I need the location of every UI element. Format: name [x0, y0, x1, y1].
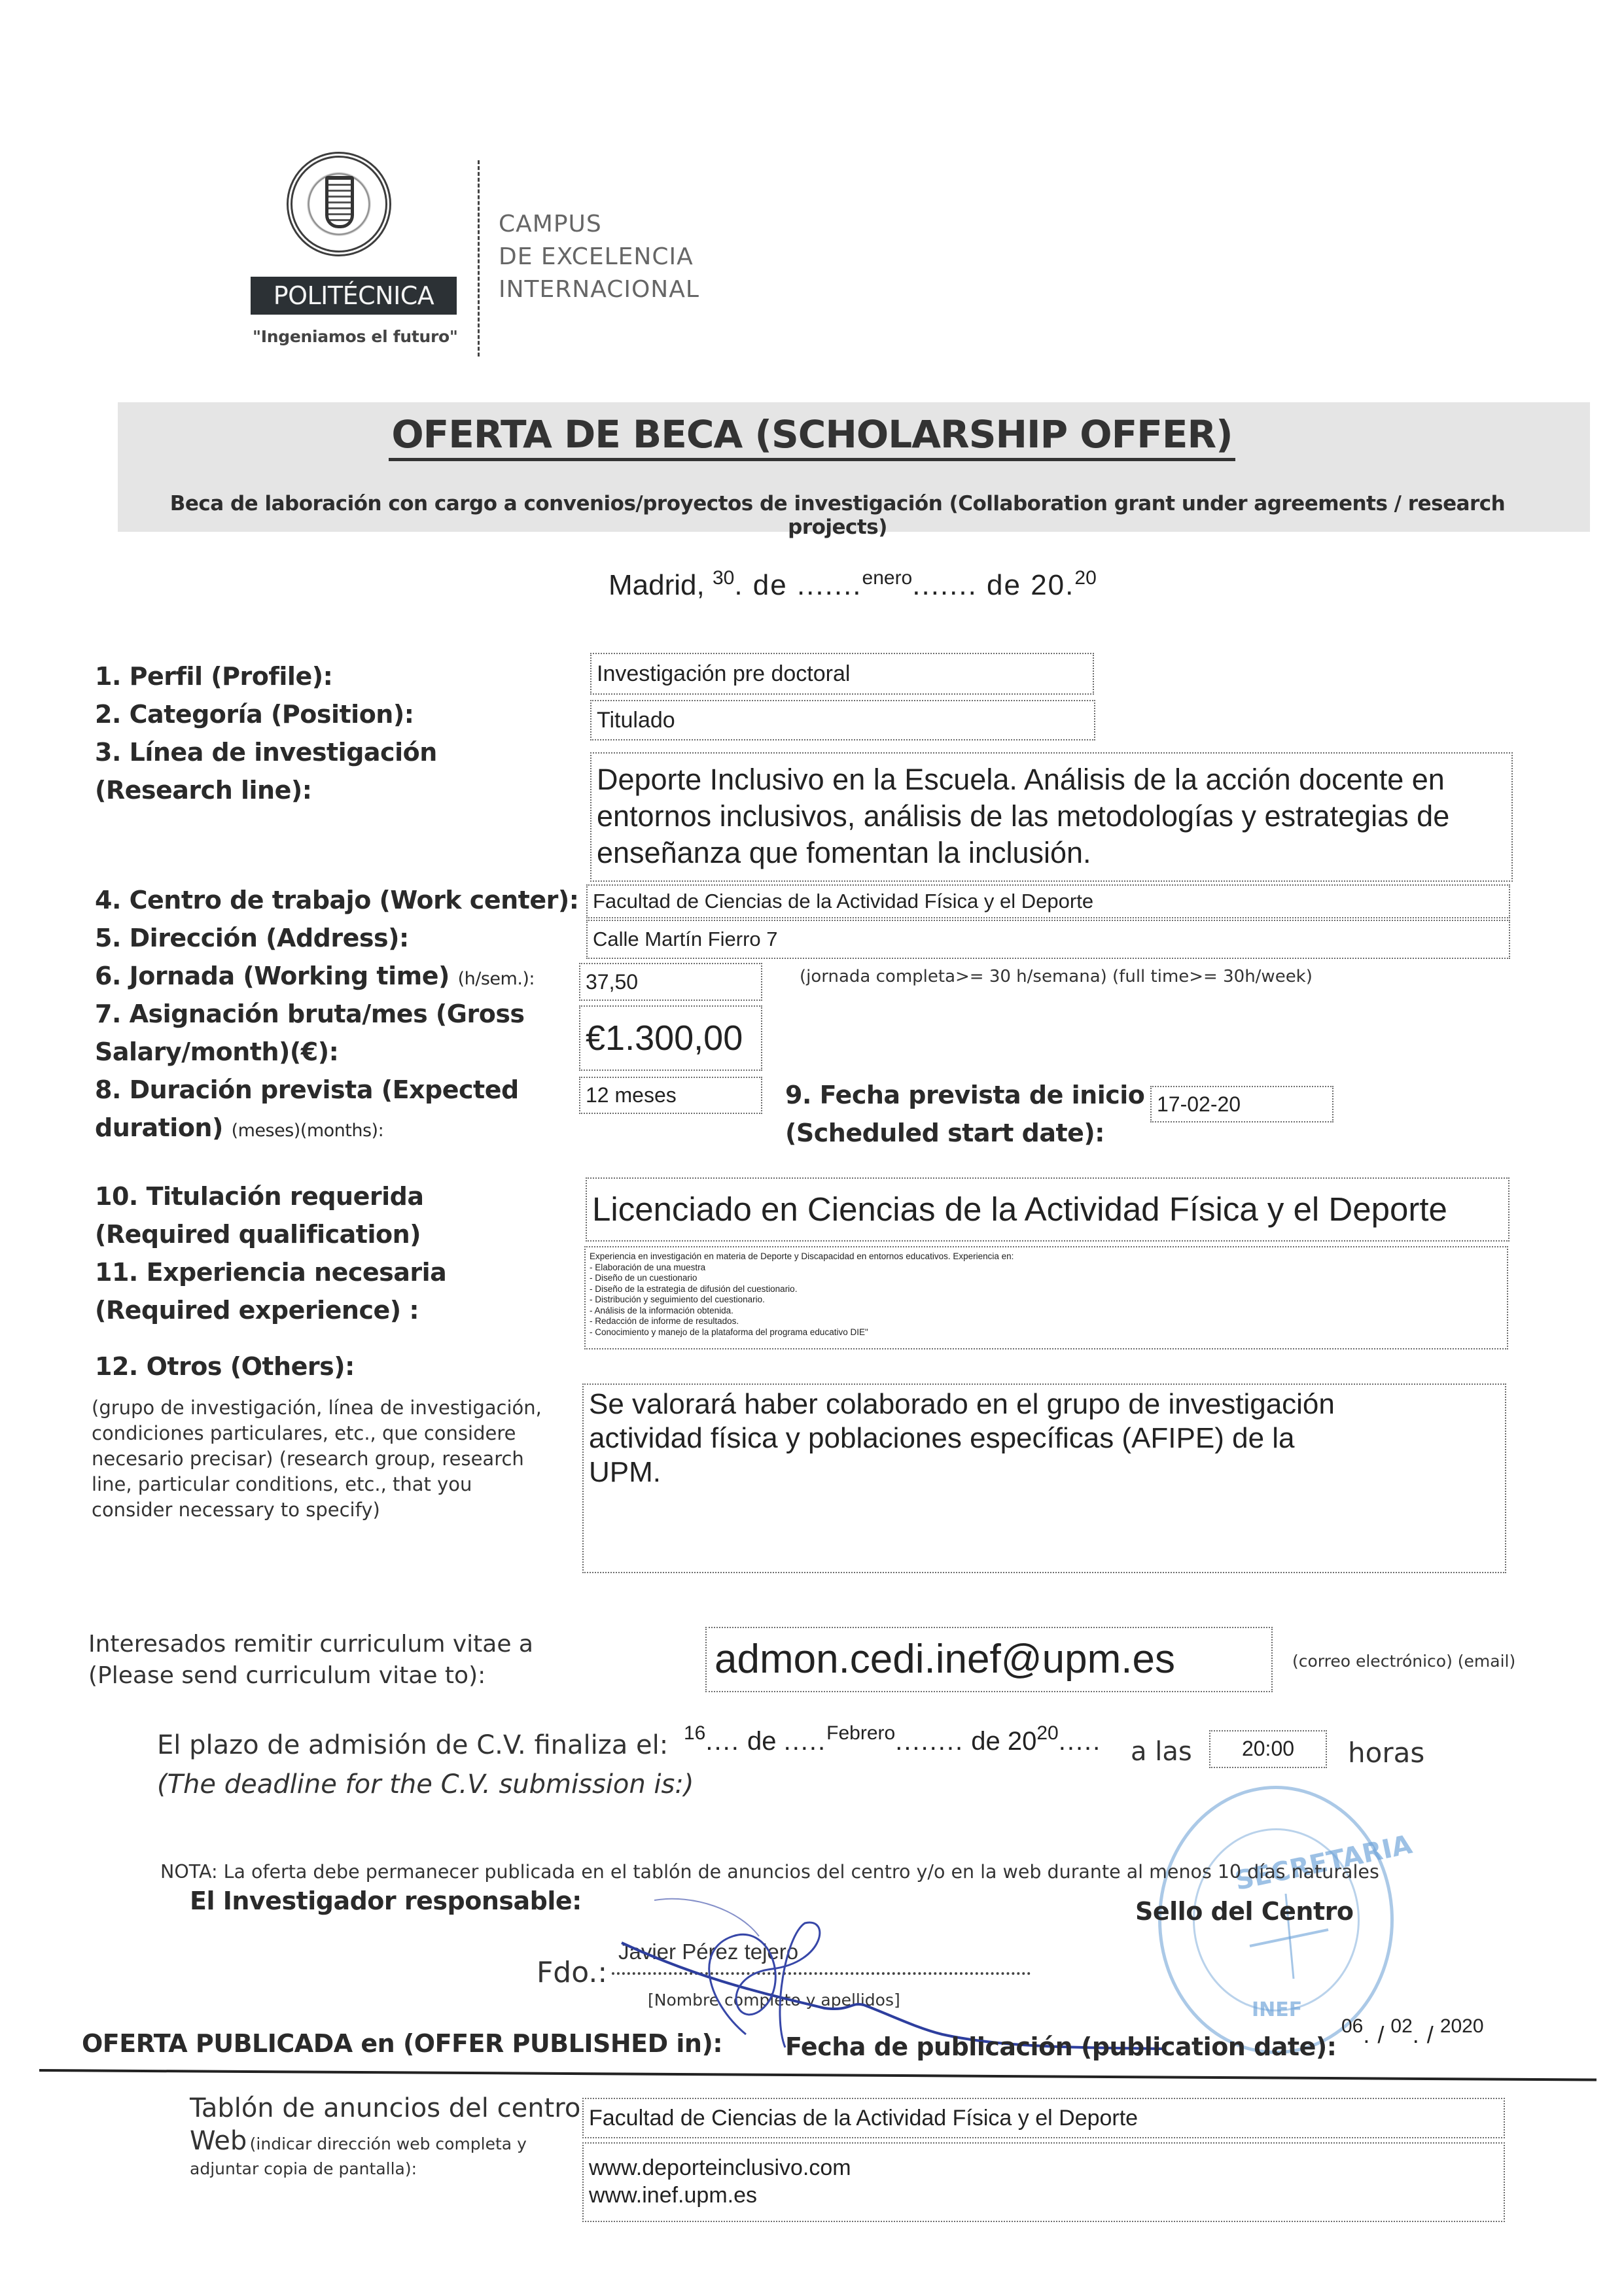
working-time-field[interactable]: 37,50 [579, 963, 762, 1001]
web-link[interactable]: www.deporteinclusivo.com [589, 2154, 1498, 2182]
web-label-block: Web (indicar dirección web completa y ad… [190, 2126, 563, 2182]
publication-year: 2020 [1440, 2015, 1484, 2037]
working-time-note: (jornada completa>= 30 h/semana) (full t… [800, 967, 1313, 986]
label-expected-duration: 8. Duración prevista (Expected duration)… [95, 1071, 553, 1150]
label-required-qualification: 10. Titulación requerida (Required quali… [95, 1177, 566, 1253]
qualification-field[interactable]: Licenciado en Ciencias de la Actividad F… [586, 1177, 1509, 1242]
deadline-label: El plazo de admisión de C.V. finaliza el… [157, 1730, 668, 1760]
label-research-line: 3. Línea de investigación (Research line… [95, 733, 579, 809]
document-date: Madrid, 30. de .......enero....... de 20… [609, 569, 1097, 602]
cv-send-label: Interesados remitir curriculum vitae a (… [88, 1629, 625, 1692]
deadline-time-field[interactable]: 20:00 [1209, 1730, 1327, 1768]
deadline-hours-label: horas [1348, 1737, 1424, 1769]
cv-email-note: (correo electrónico) (email) [1292, 1652, 1515, 1671]
notice-board-field[interactable]: Facultad de Ciencias de la Actividad Fís… [582, 2098, 1505, 2138]
date-year: 20 [1074, 567, 1096, 589]
campus-excellence-label: CAMPUS DE EXCELENCIA INTERNACIONAL [499, 208, 699, 306]
date-month: enero [862, 567, 913, 589]
page-subtitle: Beca de laboración con cargo a convenios… [131, 492, 1544, 539]
notice-board-label: Tablón de anuncios del centro: [190, 2093, 590, 2123]
label-profile: 1. Perfil (Profile): [95, 657, 332, 695]
date-day: 30 [713, 567, 734, 589]
offer-published-label: OFERTA PUBLICADA en (OFFER PUBLISHED in)… [82, 2025, 722, 2062]
profile-field[interactable]: Investigación pre doctoral [590, 653, 1094, 695]
gross-salary-field[interactable]: €1.300,00 [579, 1005, 762, 1071]
publication-day: 06 [1341, 2015, 1363, 2037]
duration-field[interactable]: 12 meses [579, 1077, 762, 1114]
deadline-date: 16.... de .....Febrero........ de 2020..… [684, 1727, 1101, 1756]
start-date-field[interactable]: 17-02-20 [1150, 1086, 1333, 1122]
section-divider [39, 2069, 1597, 2081]
page-title: OFERTA DE BECA (SCHOLARSHIP OFFER) [0, 412, 1624, 457]
work-center-field[interactable]: Facultad de Ciencias de la Actividad Fís… [586, 884, 1510, 918]
deadline-month: Febrero [826, 1722, 895, 1744]
label-gross-salary: 7. Asignación bruta/mes (Gross Salary/mo… [95, 995, 553, 1071]
deadline-year: 20 [1036, 1722, 1058, 1744]
deadline-label-en: (The deadline for the C.V. submission is… [157, 1769, 694, 1800]
web-link[interactable]: www.inef.upm.es [589, 2182, 1498, 2209]
others-hint: (grupo de investigación, línea de invest… [92, 1395, 550, 1523]
deadline-day: 16 [684, 1722, 705, 1744]
investigator-label: El Investigador responsable: [190, 1882, 582, 1920]
web-field[interactable]: www.deporteinclusivo.com www.inef.upm.es [582, 2142, 1505, 2222]
label-position: 2. Categoría (Position): [95, 695, 414, 733]
publication-month: 02 [1390, 2015, 1412, 2037]
research-line-field[interactable]: Deporte Inclusivo en la Escuela. Análisi… [590, 752, 1513, 882]
experience-field[interactable]: Experiencia en investigación en materia … [584, 1246, 1508, 1349]
publication-date-label: Fecha de publicación (publication date): [785, 2028, 1336, 2066]
position-field[interactable]: Titulado [590, 700, 1095, 740]
publication-date: 06. / 02. / 2020 [1341, 2021, 1484, 2049]
university-logo-bar: POLITÉCNICA [251, 277, 457, 315]
others-field[interactable]: Se valorará haber colaborado en el grupo… [582, 1383, 1506, 1573]
university-seal-icon [287, 152, 391, 256]
label-others: 12. Otros (Others): [95, 1348, 355, 1385]
logo-divider [478, 160, 480, 357]
university-tagline: "Ingeniamos el futuro" [253, 327, 458, 346]
deadline-at-label: a las [1131, 1737, 1192, 1767]
cv-email-field[interactable]: admon.cedi.inef@upm.es [705, 1627, 1273, 1692]
publication-note: NOTA: La oferta debe permanecer publicad… [160, 1861, 1403, 1883]
label-address: 5. Dirección (Address): [95, 919, 409, 957]
label-working-time: 6. Jornada (Working time) (h/sem.): [95, 957, 535, 998]
label-required-experience: 11. Experiencia necesaria (Required expe… [95, 1253, 501, 1329]
address-field[interactable]: Calle Martín Fierro 7 [586, 920, 1510, 959]
label-start-date: 9. Fecha prevista de inicio (Scheduled s… [785, 1076, 1152, 1152]
label-work-center: 4. Centro de trabajo (Work center): [95, 881, 578, 919]
